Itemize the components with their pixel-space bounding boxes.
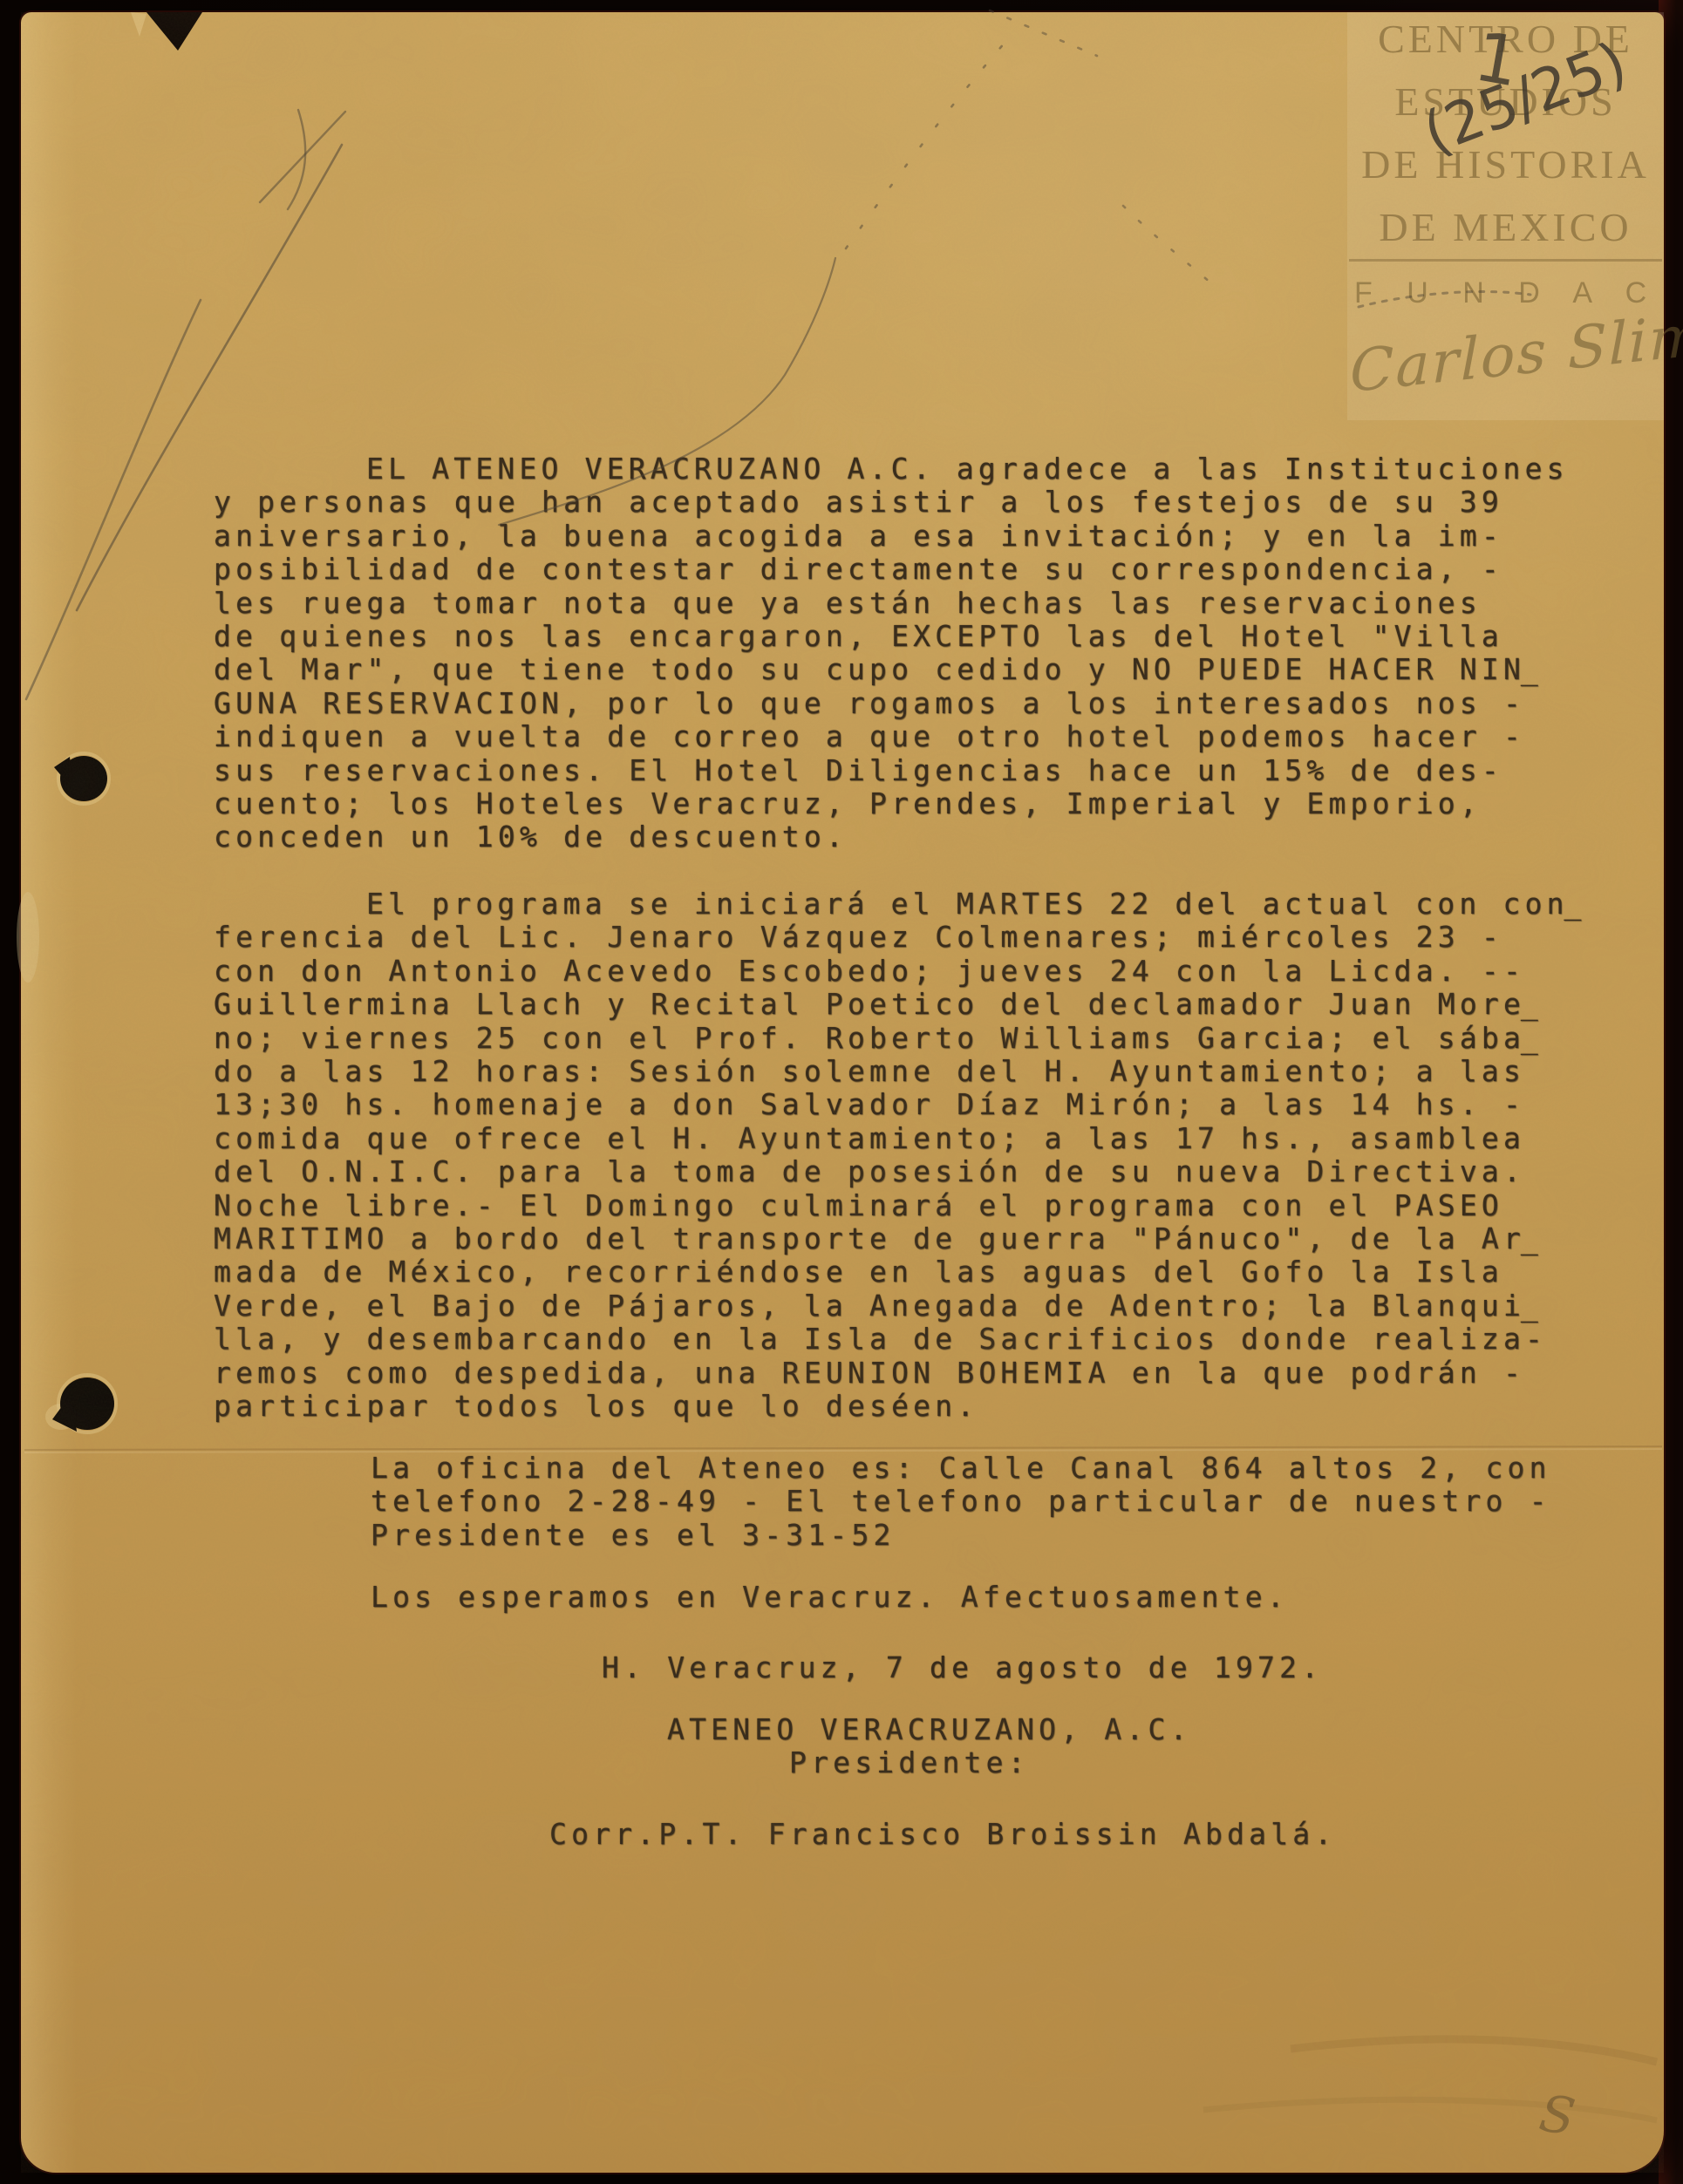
typed-line: sus reservaciones. El Hotel Diligencias … (214, 754, 1586, 787)
letter-body: EL ATENEO VERACRUZANO A.C. agradece a la… (214, 452, 1586, 1851)
paragraph-office: La oficina del Ateneo es: Calle Canal 86… (371, 1452, 1586, 1552)
typed-line: conceden un 10% de descuento. (214, 820, 1586, 854)
foundation-label: F U N D A C I Ó N (1354, 276, 1671, 310)
typed-line: El programa se iniciará el MARTES 22 del… (214, 888, 1586, 921)
typed-line: del Mar", que tiene todo su cupo cedido … (214, 653, 1586, 686)
typed-line: Presidente es el 3-31-52 (371, 1519, 1586, 1552)
stamp-divider (1349, 259, 1662, 262)
role-line: Presidente: (789, 1746, 1586, 1779)
typed-line: mada de México, recorriéndose en las agu… (214, 1255, 1586, 1289)
signatory-line: Corr.P.T. Francisco Broissin Abdalá. (549, 1818, 1586, 1851)
typed-line: telefono 2-28-49 - El telefono particula… (371, 1485, 1586, 1518)
paragraph-program: El programa se iniciará el MARTES 22 del… (214, 888, 1586, 1423)
typed-line: Guillermina Llach y Recital Poetico del … (214, 988, 1586, 1021)
paragraph-organization: ATENEO VERACRUZANO, A.C. Presidente: (214, 1713, 1586, 1780)
typed-line: ferencia del Lic. Jenaro Vázquez Colmena… (214, 921, 1586, 954)
typed-line: no; viernes 25 con el Prof. Roberto Will… (214, 1022, 1586, 1055)
typed-line: del O.N.I.C. para la toma de posesión de… (214, 1155, 1586, 1188)
typed-line: de quienes nos las encargaron, EXCEPTO l… (214, 620, 1586, 653)
scanned-document-canvas: CENTRO DE ESTUDIOS DE HISTORIA DE MEXICO… (0, 0, 1683, 2184)
stamp-line: DE MEXICO (1347, 204, 1664, 250)
typed-line: MARITIMO a bordo del transporte de guerr… (214, 1222, 1586, 1255)
typed-line: participar todos los que lo deséen. (214, 1390, 1586, 1423)
paragraph-dateline: H. Veracruz, 7 de agosto de 1972. (602, 1651, 1586, 1684)
typed-line: aniversario, la buena acogida a esa invi… (214, 520, 1586, 553)
typed-line: EL ATENEO VERACRUZANO A.C. agradece a la… (214, 452, 1586, 486)
typed-line: indiquen a vuelta de correo a que otro h… (214, 720, 1586, 753)
typed-line: do a las 12 horas: Sesión solemne del H.… (214, 1055, 1586, 1088)
paragraph-farewell: Los esperamos en Veracruz. Afectuosament… (371, 1581, 1586, 1614)
org-name: ATENEO VERACRUZANO, A.C. (667, 1713, 1586, 1746)
dateline: H. Veracruz, 7 de agosto de 1972. (602, 1651, 1586, 1684)
farewell-line: Los esperamos en Veracruz. Afectuosament… (371, 1581, 1586, 1614)
typed-line: Noche libre.- El Domingo culminará el pr… (214, 1189, 1586, 1222)
typed-line: lla, y desembarcando en la Isla de Sacri… (214, 1323, 1586, 1356)
typed-line: La oficina del Ateneo es: Calle Canal 86… (371, 1452, 1586, 1485)
slim-signature: Carlos Slim (1350, 300, 1683, 405)
paragraph-reservations: EL ATENEO VERACRUZANO A.C. agradece a la… (214, 452, 1586, 854)
typed-line: y personas que han aceptado asistir a lo… (214, 486, 1586, 519)
typed-line: remos como despedida, una REUNION BOHEMI… (214, 1357, 1586, 1390)
typed-line: comida que ofrece el H. Ayuntamiento; a … (214, 1122, 1586, 1155)
typed-line: cuento; los Hoteles Veracruz, Prendes, I… (214, 787, 1586, 820)
typed-line: GUNA RESERVACION, por lo que rogamos a l… (214, 687, 1586, 720)
typed-line: con don Antonio Acevedo Escobedo; jueves… (214, 955, 1586, 988)
stamp-line: DE HISTORIA (1347, 141, 1664, 187)
paragraph-signatory: Corr.P.T. Francisco Broissin Abdalá. (549, 1818, 1586, 1851)
typed-line: posibilidad de contestar directamente su… (214, 553, 1586, 586)
typed-line: Verde, el Bajo de Pájaros, la Anegada de… (214, 1289, 1586, 1323)
typed-line: les ruega tomar nota que ya están hechas… (214, 587, 1586, 620)
typed-line: 13;30 hs. homenaje a don Salvador Díaz M… (214, 1088, 1586, 1121)
